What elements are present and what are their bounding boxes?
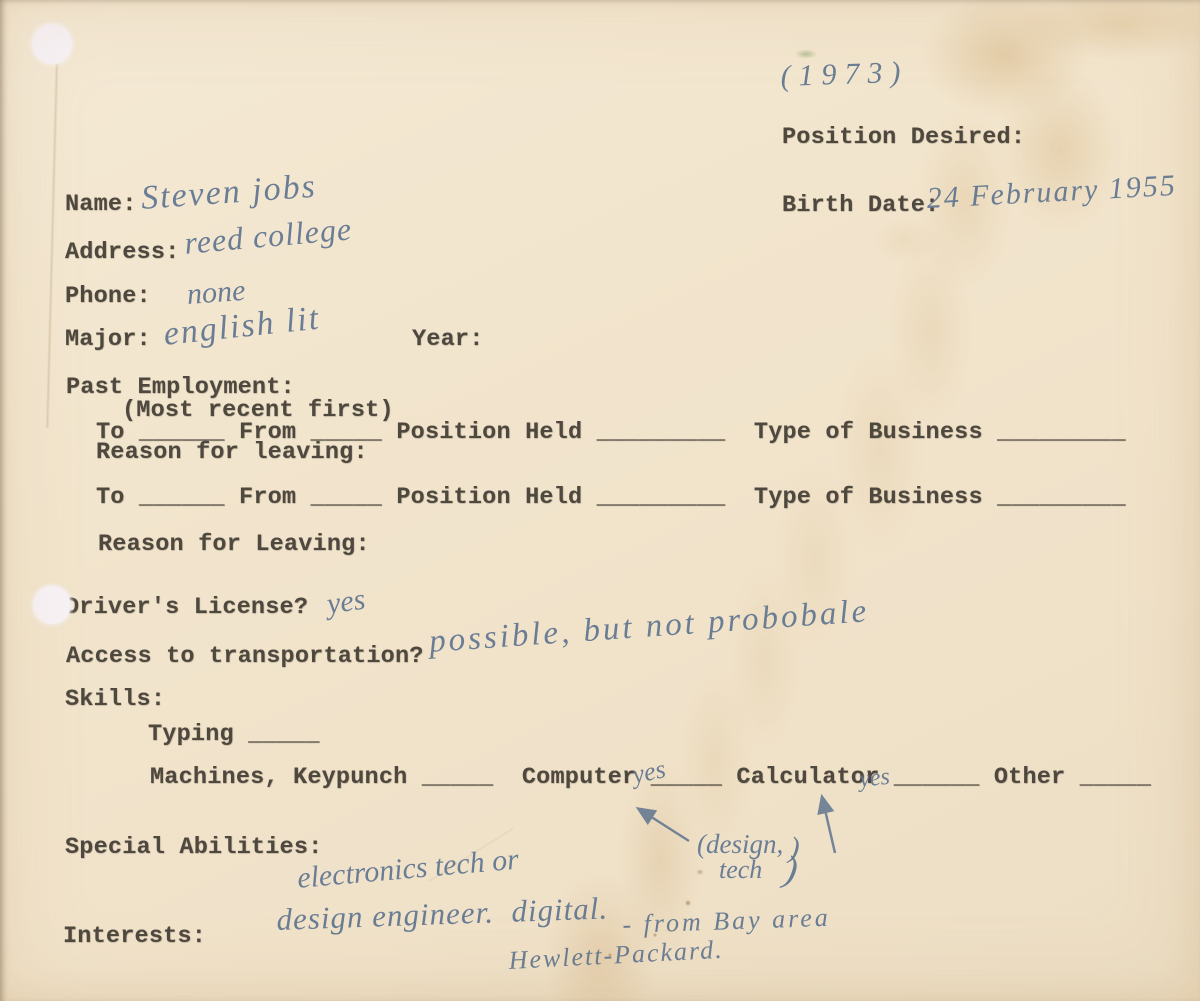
handwritten-major: english lit <box>162 302 322 352</box>
name-label: Name: <box>65 193 137 217</box>
position-desired-label: Position Desired: <box>782 126 1025 150</box>
phone-label: Phone: <box>65 285 151 309</box>
typing-line: Typing _____ <box>148 723 320 747</box>
handwritten-design-note-line2: tech <box>719 857 762 883</box>
handwritten-license-answer: yes <box>325 585 367 620</box>
handwritten-special-abilities: electronics tech or <box>296 845 520 894</box>
transportation-label: Access to transportation? <box>66 645 424 669</box>
handwritten-year-note: (1973) <box>780 58 909 92</box>
handwritten-transport-answer: possible, but not probobale <box>428 595 870 659</box>
address-label: Address: <box>65 241 179 265</box>
handwritten-address: reed college <box>183 212 353 259</box>
skills-label: Skills: <box>65 688 165 712</box>
handwritten-phone: none <box>186 276 246 310</box>
reason-for-leaving-1: Reason for leaving: <box>96 441 368 465</box>
handwritten-computer-answer: yes <box>630 756 668 788</box>
drivers-license-label: Driver's License? <box>65 596 308 620</box>
interests-label: Interests: <box>63 925 206 949</box>
handwritten-company: Hewlett-Packard. <box>508 937 724 974</box>
paper-crease-vertical <box>46 58 58 428</box>
handwritten-design-note-paren-bottom: ) <box>781 850 800 890</box>
hole-punch-middle-left <box>33 586 71 624</box>
scanned-job-application: (1973) Position Desired: Name: Birth Dat… <box>0 0 1200 1001</box>
handwritten-interests-from: - from Bay area <box>622 905 831 938</box>
handwritten-calculator-answer: yes <box>858 765 891 792</box>
employment-row-2: To ______ From _____ Position Held _____… <box>96 486 1126 510</box>
special-abilities-label: Special Abilities: <box>65 836 322 860</box>
handwritten-design-note-line1: (design, <box>697 831 783 858</box>
handwritten-birth-date: 24 February 1955 <box>926 171 1178 214</box>
birth-date-label: Birth Date: <box>782 194 939 218</box>
hole-punch-top-left <box>32 24 72 64</box>
handwritten-name: Steven jobs <box>140 170 318 216</box>
past-employment-label: Past Employment: <box>66 376 295 400</box>
major-label: Major: <box>65 328 151 352</box>
handwritten-interests: design engineer. digital. <box>276 892 609 935</box>
year-label: Year: <box>412 328 484 352</box>
reason-for-leaving-2: Reason for Leaving: <box>98 533 370 557</box>
